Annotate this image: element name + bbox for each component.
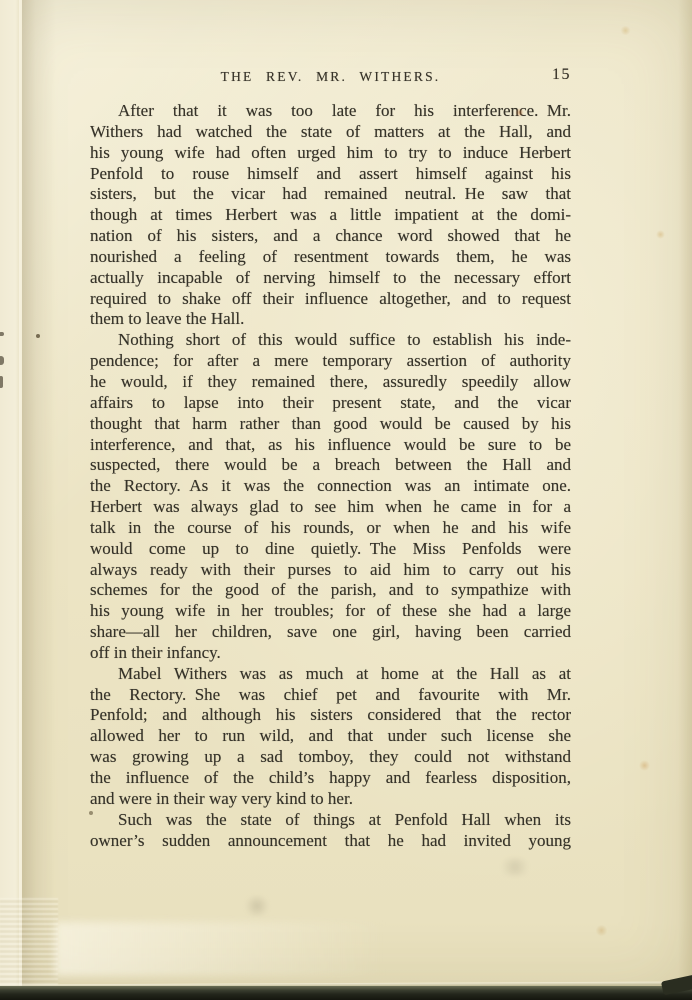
text-line: required to shake off their influence al… <box>90 289 571 310</box>
text-line: would come up to dine quietly. The Miss … <box>90 539 571 560</box>
body-text: After that it was too late for his inter… <box>90 101 571 851</box>
paper-smudge <box>498 858 532 876</box>
text-line: sisters, but the vicar had remained neut… <box>90 184 571 205</box>
page-number: 15 <box>552 66 571 84</box>
text-line: After that it was too late for his inter… <box>90 101 571 122</box>
text-line: talk in the course of his rounds, or whe… <box>90 518 571 539</box>
page-stack-edges <box>0 898 58 986</box>
text-line: the influence of the child’s happy and f… <box>90 768 571 789</box>
text-line: off in their infancy. <box>90 643 571 664</box>
paper-stain <box>639 760 650 771</box>
text-line: the Rectory. She was chief pet and favou… <box>90 685 571 706</box>
text-line: his young wife had often urged him to tr… <box>90 143 571 164</box>
text-line: he would, if they remained there, assure… <box>90 372 571 393</box>
page-header: THE REV. MR. WITHERS. 15 <box>90 66 571 88</box>
text-line: nourished a feeling of resentment toward… <box>90 247 571 268</box>
text-line: Penfold to rouse himself and assert hims… <box>90 164 571 185</box>
text-line: actually incapable of nerving himself to… <box>90 268 571 289</box>
text-line: thought that harm rather than good would… <box>90 414 571 435</box>
text-line: pendence; for after a mere temporary ass… <box>90 351 571 372</box>
text-line: owner’s sudden announcement that he had … <box>90 831 571 852</box>
text-line: though at times Herbert was a little imp… <box>90 205 571 226</box>
text-line: the Rectory. As it was the connection wa… <box>90 476 571 497</box>
text-line: Mabel Withers was as much at home at the… <box>90 664 571 685</box>
book-binding-shadow <box>0 986 692 1000</box>
paper-stain <box>620 26 631 35</box>
text-line: interference, and that, as his influence… <box>90 435 571 456</box>
page-right-edge-shade <box>678 0 692 1000</box>
text-line: Nothing short of this would suffice to e… <box>90 330 571 351</box>
page-fold-shadow <box>22 0 56 1000</box>
text-line: nation of his sisters, and a chance word… <box>90 226 571 247</box>
text-line: always ready with their purses to aid hi… <box>90 560 571 581</box>
text-line: Herbert was always glad to see him when … <box>90 497 571 518</box>
paper-stain <box>656 230 665 239</box>
text-line: affairs to lapse into their present stat… <box>90 393 571 414</box>
text-line: share—all her children, save one girl, h… <box>90 622 571 643</box>
next-page-edge-glow <box>55 922 385 976</box>
text-line: them to leave the Hall. <box>90 309 571 330</box>
book-page: THE REV. MR. WITHERS. 15 After that it w… <box>0 0 692 1000</box>
text-line: schemes for the good of the parish, and … <box>90 580 571 601</box>
paper-smudge <box>243 896 271 916</box>
text-line: allowed her to run wild, and that under … <box>90 726 571 747</box>
text-line: Penfold; and although his sisters consid… <box>90 705 571 726</box>
text-line: and were in their way very kind to her. <box>90 789 571 810</box>
text-line: was growing up a sad tomboy, they could … <box>90 747 571 768</box>
running-head: THE REV. MR. WITHERS. <box>90 69 571 85</box>
text-line: suspected, there would be a breach betwe… <box>90 455 571 476</box>
text-line: Withers had watched the state of matters… <box>90 122 571 143</box>
text-line: his young wife in her troubles; for of t… <box>90 601 571 622</box>
text-line: Such was the state of things at Penfold … <box>90 810 571 831</box>
paper-stain <box>595 925 608 936</box>
